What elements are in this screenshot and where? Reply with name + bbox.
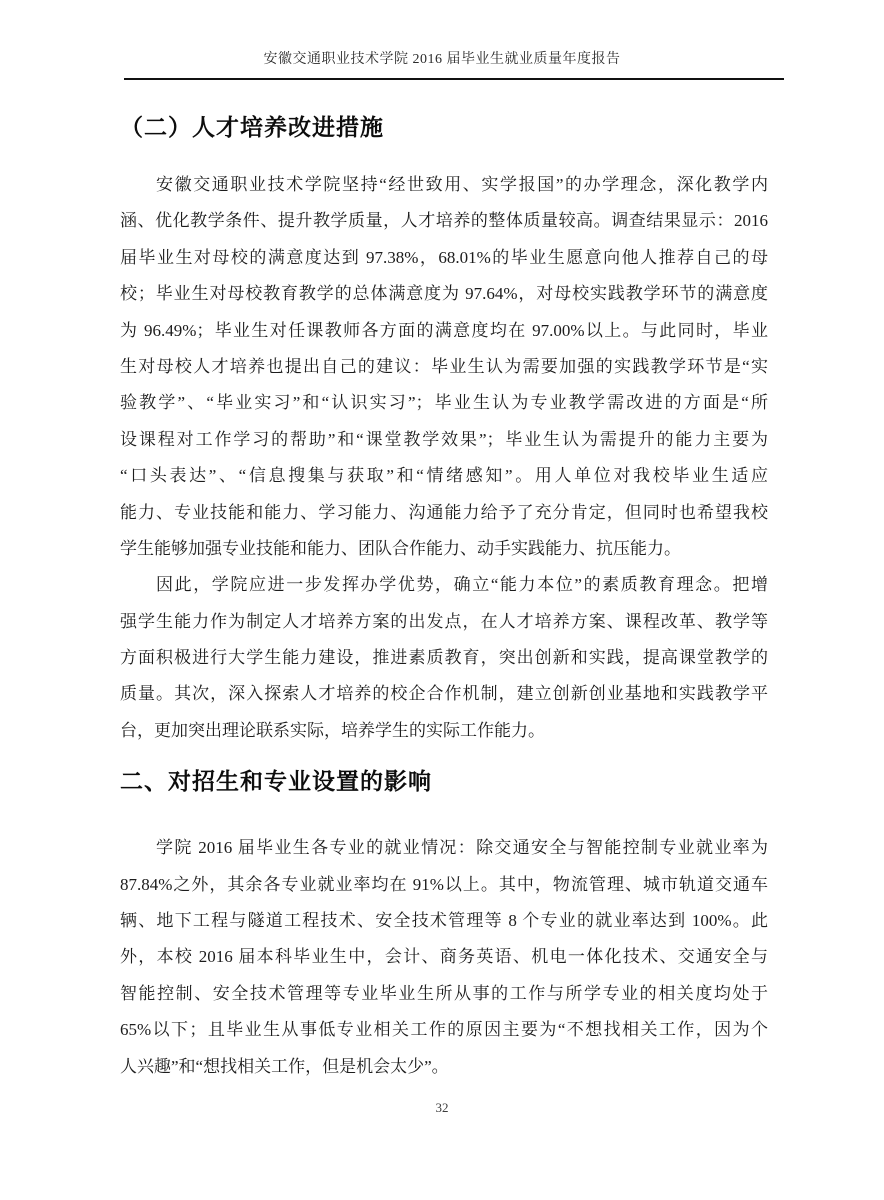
paragraph-line: 学院 2016 届毕业生各专业的就业情况：除交通安全与智能控制专业就业率为: [120, 830, 768, 866]
section-heading-enrollment-and-majors-impact: 二、对招生和专业设置的影响: [120, 766, 884, 796]
section-2-body: 学院 2016 届毕业生各专业的就业情况：除交通安全与智能控制专业就业率为 87…: [120, 830, 768, 1085]
section-1-body: 安徽交通职业技术学院坚持“经世致用、实学报国”的办学理念，深化教学内 涵、优化教…: [120, 167, 768, 749]
paragraph-line: 台，更加突出理论联系实际，培养学生的实际工作能力。: [120, 713, 768, 749]
page-header-title: 安徽交通职业技术学院 2016 届毕业生就业质量年度报告: [0, 0, 884, 70]
paragraph-line: 87.84%之外，其余各专业就业率均在 91%以上。其中，物流管理、城市轨道交通…: [120, 867, 768, 903]
paragraph-line: 为 96.49%；毕业生对任课教师各方面的满意度均在 97.00%以上。与此同时…: [120, 313, 768, 349]
paragraph-line: 校；毕业生对母校教育教学的总体满意度为 97.64%，对母校实践教学环节的满意度: [120, 276, 768, 312]
paragraph-line: 安徽交通职业技术学院坚持“经世致用、实学报国”的办学理念，深化教学内: [120, 167, 768, 203]
paragraph-line: 辆、地下工程与隧道工程技术、安全技术管理等 8 个专业的就业率达到 100%。此: [120, 903, 768, 939]
paragraph-line: 生对母校人才培养也提出自己的建议：毕业生认为需要加强的实践教学环节是“实: [120, 349, 768, 385]
paragraph-line: 届毕业生对母校的满意度达到 97.38%，68.01%的毕业生愿意向他人推荐自己…: [120, 240, 768, 276]
paragraph-line: 涵、优化教学条件、提升教学质量，人才培养的整体质量较高。调查结果显示：2016: [120, 203, 768, 239]
paragraph-line: 人兴趣”和“想找相关工作，但是机会太少”。: [120, 1049, 768, 1085]
report-page: 安徽交通职业技术学院 2016 届毕业生就业质量年度报告 （二）人才培养改进措施…: [0, 0, 884, 1200]
paragraph-line: 强学生能力作为制定人才培养方案的出发点，在人才培养方案、课程改革、教学等: [120, 604, 768, 640]
page-number: 32: [0, 1099, 884, 1117]
paragraph-line: 因此，学院应进一步发挥办学优势，确立“能力本位”的素质教育理念。把增: [120, 567, 768, 603]
paragraph-line: 外，本校 2016 届本科毕业生中，会计、商务英语、机电一体化技术、交通安全与: [120, 939, 768, 975]
paragraph-line: 能力、专业技能和能力、学习能力、沟通能力给予了充分肯定，但同时也希望我校: [120, 495, 768, 531]
paragraph-line: 智能控制、安全技术管理等专业毕业生所从事的工作与所学专业的相关度均处于: [120, 976, 768, 1012]
paragraph-line: 质量。其次，深入探索人才培养的校企合作机制，建立创新创业基地和实践教学平: [120, 676, 768, 712]
paragraph-line: 设课程对工作学习的帮助”和“课堂教学效果”；毕业生认为需提升的能力主要为: [120, 422, 768, 458]
paragraph-line: 65%以下；且毕业生从事低专业相关工作的原因主要为“不想找相关工作，因为个: [120, 1012, 768, 1048]
section-heading-talent-training-improvements: （二）人才培养改进措施: [120, 112, 884, 142]
paragraph-line: 学生能够加强专业技能和能力、团队合作能力、动手实践能力、抗压能力。: [120, 531, 768, 567]
paragraph-line: “口头表达”、“信息搜集与获取”和“情绪感知”。用人单位对我校毕业生适应: [120, 458, 768, 494]
header-divider: [124, 78, 784, 80]
paragraph-line: 方面积极进行大学生能力建设，推进素质教育，突出创新和实践，提高课堂教学的: [120, 640, 768, 676]
paragraph-line: 验教学”、“毕业实习”和“认识实习”；毕业生认为专业教学需改进的方面是“所: [120, 385, 768, 421]
